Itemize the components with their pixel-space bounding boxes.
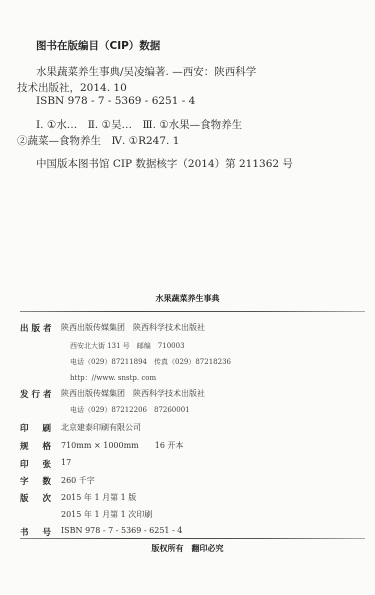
isbn-label: 书号: [20, 526, 65, 538]
publisher-url: http：//www. snstp. com: [70, 373, 156, 383]
printer-label: 印刷: [20, 422, 65, 434]
edition-label: 版次: [20, 492, 65, 504]
printing-value: 2015 年 1 月第 1 次印刷: [61, 509, 152, 520]
cip-line-2: 技术出版社，2014. 10: [17, 80, 127, 95]
cip-isbn: ISBN 978 - 7 - 5369 - 6251 - 4: [36, 95, 195, 107]
edition-value: 2015 年 1 月第 1 版: [61, 492, 136, 503]
word-count-label: 字数: [20, 475, 65, 487]
cip-classification-2: ②蔬菜—食物养生 Ⅳ. ①R247. 1: [17, 133, 179, 148]
footer-divider: [20, 538, 365, 539]
publisher-phone: 电话（029）87211894 传真（029）87218236: [70, 357, 231, 367]
distributor-label: 发行者: [20, 388, 55, 400]
isbn-value: ISBN 978 - 7 - 5369 - 6251 - 4: [61, 526, 182, 535]
cip-record-number: 中国版本图书馆 CIP 数据核字（2014）第 211362 号: [36, 156, 293, 171]
printer-value: 北京建泰印刷有限公司: [61, 422, 141, 433]
publisher-label: 出版者: [20, 322, 55, 334]
publisher-address: 西安北大街 131 号 邮编 710003: [70, 341, 185, 351]
word-count-value: 260 千字: [61, 475, 95, 486]
format-label: 规格: [20, 440, 65, 452]
book-title-header: 水果蔬菜养生事典: [0, 293, 375, 304]
format-value: 710mm × 1000mm 16 开本: [61, 440, 183, 451]
cip-line-1: 水果蔬菜养生事典/吴凌编著. —西安：陕西科学: [36, 64, 256, 79]
sheets-value: 17: [61, 458, 71, 467]
publisher-name: 陕西出版传媒集团 陕西科学技术出版社: [61, 322, 205, 333]
cip-title: 图书在版编目（CIP）数据: [36, 38, 160, 53]
copyright-notice: 版权所有 翻印必究: [0, 543, 375, 554]
header-divider: [20, 311, 365, 312]
cip-classification-1: Ⅰ. ①水… Ⅱ. ①吴… Ⅲ. ①水果—食物养生: [36, 117, 242, 132]
distributor-name: 陕西出版传媒集团 陕西科学技术出版社: [61, 388, 205, 399]
sheets-label: 印张: [20, 458, 65, 470]
distributor-phone: 电话（029）87212206 87260001: [70, 405, 190, 415]
